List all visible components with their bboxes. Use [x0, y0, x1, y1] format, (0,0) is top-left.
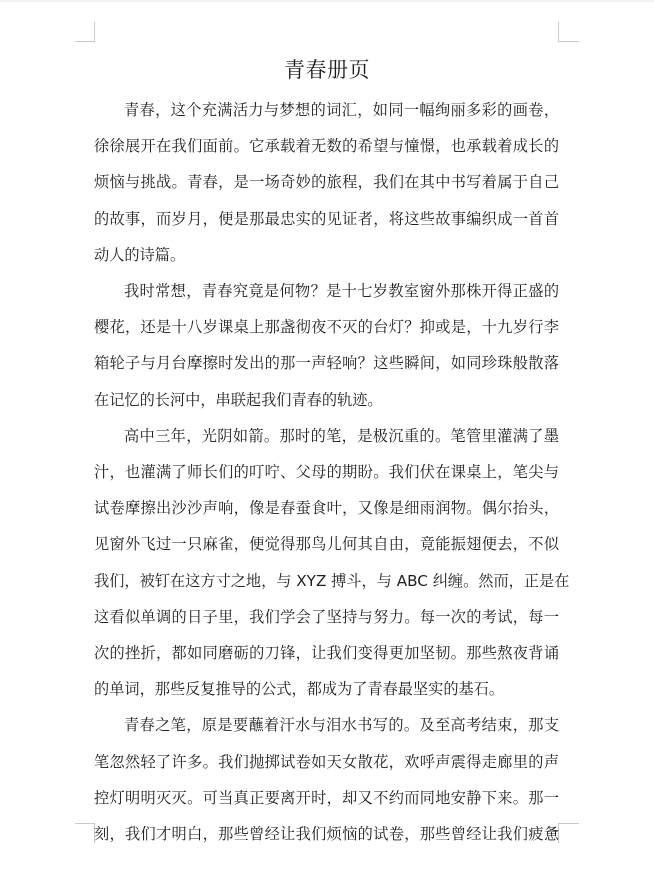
text-line: 的故事，而岁月，便是那最忠实的见证者，将这些故事编织成一首首 [94, 201, 559, 237]
text-line: 动人的诗篇。 [94, 237, 559, 273]
document-title: 青春册页 [0, 54, 654, 86]
text-line: 樱花，还是十八岁课桌上那盏彻夜不灭的台灯？抑或是，十九岁行李 [94, 309, 559, 345]
text-line: 徐徐展开在我们面前。它承载着无数的希望与憧憬，也承载着成长的 [94, 128, 559, 164]
text-line: 箱轮子与月台摩擦时发出的那一声轻响？这些瞬间，如同珍珠般散落 [94, 345, 559, 381]
corner-mark-top-left-v [94, 22, 95, 42]
text-line: 见窗外飞过一只麻雀，便觉得那鸟儿何其自由，竟能振翅便去，不似 [94, 526, 559, 562]
window-top-edge [0, 0, 654, 2]
text-line: 青春，这个充满活力与梦想的词汇，如同一幅绚丽多彩的画卷， [94, 92, 559, 128]
text-line: 高中三年，光阴如箭。那时的笔，是极沉重的。笔管里灌满了墨 [94, 418, 559, 454]
paragraph-2: 我时常想，青春究竟是何物？是十七岁教室窗外那株开得正盛的 樱花，还是十八岁课桌上… [94, 273, 559, 418]
paragraph-3: 高中三年，光阴如箭。那时的笔，是极沉重的。笔管里灌满了墨 汁，也灌满了师长们的叮… [94, 418, 559, 708]
paragraph-1: 青春，这个充满活力与梦想的词汇，如同一幅绚丽多彩的画卷， 徐徐展开在我们面前。它… [94, 92, 559, 273]
text-line: 青春之笔，原是要蘸着汗水与泪水书写的。及至高考结束，那支 [94, 707, 559, 743]
text-line: 在记忆的长河中，串联起我们青春的轨迹。 [94, 382, 559, 418]
text-line: 烦恼与挑战。青春，是一场奇妙的旅程，我们在其中书写着属于自己 [94, 164, 559, 200]
text-line: 这看似单调的日子里，我们学会了坚持与努力。每一次的考试，每一 [94, 599, 559, 635]
paragraph-4: 青春之笔，原是要蘸着汗水与泪水书写的。及至高考结束，那支 笔忽然轻了许多。我们抛… [94, 707, 559, 852]
corner-mark-bottom-right-h [558, 823, 579, 824]
text-line: 刻，我们才明白，那些曾经让我们烦恼的试卷，那些曾经让我们疲惫 [94, 816, 559, 852]
text-line: 试卷摩擦出沙沙声响，像是春蚕食叶，又像是细雨润物。偶尔抬头， [94, 490, 559, 526]
corner-mark-top-left-h [75, 41, 95, 42]
text-line: 控灯明明灭灭。可当真正要离开时，却又不约而同地安静下来。那一 [94, 780, 559, 816]
corner-mark-bottom-left-h [75, 823, 95, 824]
corner-mark-top-right-h [558, 41, 579, 42]
text-line: 汁，也灌满了师长们的叮咛、父母的期盼。我们伏在课桌上，笔尖与 [94, 454, 559, 490]
text-line: 的单词，那些反复推导的公式，都成为了青春最坚实的基石。 [94, 671, 559, 707]
text-line: 笔忽然轻了许多。我们抛掷试卷如天女散花，欢呼声震得走廊里的声 [94, 744, 559, 780]
text-line: 次的挫折，都如同磨砺的刀锋，让我们变得更加坚韧。那些熬夜背诵 [94, 635, 559, 671]
text-line: 我们，被钉在这方寸之地，与 XYZ 搏斗，与 ABC 纠缠。然而，正是在 [94, 563, 559, 599]
text-line: 我时常想，青春究竟是何物？是十七岁教室窗外那株开得正盛的 [94, 273, 559, 309]
document-body[interactable]: 青春，这个充满活力与梦想的词汇，如同一幅绚丽多彩的画卷， 徐徐展开在我们面前。它… [94, 92, 559, 852]
corner-mark-top-right-v [558, 22, 559, 42]
